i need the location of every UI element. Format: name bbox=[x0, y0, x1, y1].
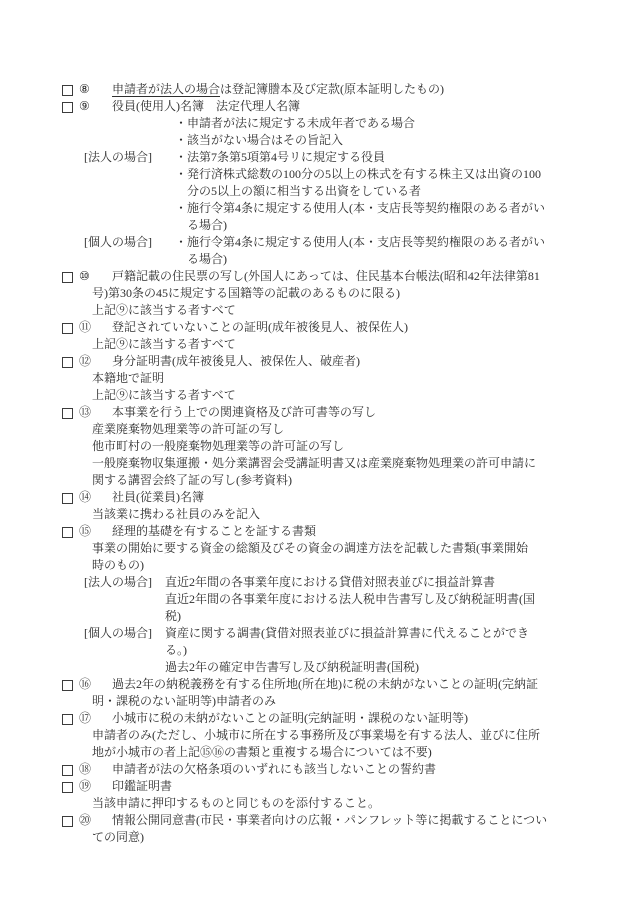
checklist-item-row: ⑬本事業を行う上での関連資格及び許可書等の写し bbox=[0, 404, 630, 421]
checklist-item-row: ⑰小城市に税の未納がないことの証明(完納証明・課税のない証明等) bbox=[0, 710, 630, 727]
checkbox[interactable] bbox=[62, 816, 73, 827]
item-number-badge: ⑫ bbox=[79, 353, 91, 370]
checkbox[interactable] bbox=[62, 85, 73, 96]
doc-line: ・発行済株式総数の100分の5以上の株式を有する株主又は出資の100 bbox=[0, 166, 630, 183]
case-bracket-label: [法人の場合] bbox=[84, 149, 152, 166]
doc-line: [個人の場合]資産に関する調書(貸借対照表並びに損益計算書に代えることができ bbox=[0, 625, 630, 642]
scanned-page: ⑧申請者が法人の場合は登記簿謄本及び定款(原本証明したもの)⑨役員(使用人)名簿… bbox=[0, 0, 630, 915]
line-text: 産業廃棄物処理業等の許可証の写し bbox=[92, 421, 284, 438]
doc-line: 当該業に携わる社員のみを記入 bbox=[0, 506, 630, 523]
line-text: ・法第7条第5項第4号リに規定する役員 bbox=[175, 149, 385, 166]
checklist-item-row: ⑯過去2年の納税義務を有する住所地(所在地)に税の未納がないことの証明(完納証 bbox=[0, 676, 630, 693]
checklist-item-row: ⑨役員(使用人)名簿 法定代理人名簿 bbox=[0, 98, 630, 115]
doc-line: 上記⑨に該当する者すべて bbox=[0, 336, 630, 353]
case-bracket-label: [法人の場合] bbox=[84, 574, 152, 591]
doc-line: 事業の開始に要する資金の総額及びその資金の調達方法を記載した書類(事業開始 bbox=[0, 540, 630, 557]
doc-line: 直近2年間の各事業年度における法人税申告書写し及び納税証明書(国 bbox=[0, 591, 630, 608]
item-number-badge: ⑳ bbox=[79, 812, 91, 829]
line-text: 経理的基礎を有することを証する書類 bbox=[112, 523, 316, 540]
doc-line: 上記⑨に該当する者すべて bbox=[0, 387, 630, 404]
line-text: 戸籍記載の住民票の写し(外国人にあっては、住民基本台帳法(昭和42年法律第81 bbox=[112, 268, 540, 285]
doc-line: 上記⑨に該当する者すべて bbox=[0, 302, 630, 319]
doc-line: ・申請者が法に規定する未成年者である場合 bbox=[0, 115, 630, 132]
line-text: 上記⑨に該当する者すべて bbox=[92, 336, 236, 353]
line-text: 他市町村の一般廃棄物処理業等の許可証の写し bbox=[92, 438, 344, 455]
checklist-item-row: ⑱申請者が法の欠格条項のいずれにも該当しないことの誓約書 bbox=[0, 761, 630, 778]
line-text: 時のもの) bbox=[92, 557, 144, 574]
line-text: 申請者が法人の場合は登記簿謄本及び定款(原本証明したもの) bbox=[112, 81, 444, 98]
checkbox[interactable] bbox=[62, 680, 73, 691]
doc-line: る場合) bbox=[0, 217, 630, 234]
doc-line: 当該申請に押印するものと同じものを添付すること。 bbox=[0, 795, 630, 812]
checkbox[interactable] bbox=[62, 323, 73, 334]
line-text: 社員(従業員)名簿 bbox=[112, 489, 204, 506]
doc-line: 申請者のみ(ただし、小城市に所在する事務所及び事業場を有する法人、並びに住所 bbox=[0, 727, 630, 744]
doc-line: 明・課税のない証明等)申請者のみ bbox=[0, 693, 630, 710]
line-text: 事業の開始に要する資金の総額及びその資金の調達方法を記載した書類(事業開始 bbox=[92, 540, 528, 557]
item-number-badge: ⑮ bbox=[79, 523, 91, 540]
checklist: ⑧申請者が法人の場合は登記簿謄本及び定款(原本証明したもの)⑨役員(使用人)名簿… bbox=[0, 81, 630, 846]
doc-line: る場合) bbox=[0, 251, 630, 268]
line-text: 当該申請に押印するものと同じものを添付すること。 bbox=[92, 795, 380, 812]
doc-line: 他市町村の一般廃棄物処理業等の許可証の写し bbox=[0, 438, 630, 455]
line-text: 関する講習会終了証の写し(参考資料) bbox=[92, 472, 292, 489]
checklist-item-row: ⑮経理的基礎を有することを証する書類 bbox=[0, 523, 630, 540]
doc-line: [法人の場合]直近2年間の各事業年度における貸借対照表並びに損益計算書 bbox=[0, 574, 630, 591]
line-text: ・発行済株式総数の100分の5以上の株式を有する株主又は出資の100 bbox=[175, 166, 541, 183]
line-text: ・申請者が法に規定する未成年者である場合 bbox=[175, 115, 415, 132]
line-text: る場合) bbox=[187, 217, 227, 234]
item-number-badge: ⑩ bbox=[79, 268, 90, 285]
doc-line: 時のもの) bbox=[0, 557, 630, 574]
item-number-badge: ⑰ bbox=[79, 710, 91, 727]
line-text: 税) bbox=[165, 608, 181, 625]
line-text: 情報公開同意書(市民・事業者向けの広報・パンフレット等に掲載することについ bbox=[112, 812, 547, 829]
doc-line: 号)第30条の45に規定する国籍等の記載のあるものに限る) bbox=[0, 285, 630, 302]
line-text: 身分証明書(成年被後見人、被保佐人、破産者) bbox=[112, 353, 360, 370]
item-number-badge: ⑲ bbox=[79, 778, 91, 795]
line-text: 役員(使用人)名簿 法定代理人名簿 bbox=[112, 98, 300, 115]
doc-line: 地が小城市の者上記⑮⑯の書類と重複する場合については不要) bbox=[0, 744, 630, 761]
doc-line: 関する講習会終了証の写し(参考資料) bbox=[0, 472, 630, 489]
line-text: 分の5以上の額に相当する出資をしている者 bbox=[187, 183, 421, 200]
checklist-item-row: ⑲印鑑証明書 bbox=[0, 778, 630, 795]
underlined-text: 申請者が法人の場合 bbox=[112, 82, 220, 96]
item-number-badge: ⑨ bbox=[79, 98, 90, 115]
line-text: 本事業を行う上での関連資格及び許可書等の写し bbox=[112, 404, 376, 421]
line-text: ・施行令第4条に規定する使用人(本・支店長等契約権限のある者がい bbox=[175, 200, 545, 217]
doc-line: 一般廃棄物収集運搬・処分業講習会受講証明書又は産業廃棄物処理業の許可申請に bbox=[0, 455, 630, 472]
item-number-badge: ⑧ bbox=[79, 81, 90, 98]
doc-line: [法人の場合]・法第7条第5項第4号リに規定する役員 bbox=[0, 149, 630, 166]
checklist-item-row: ⑩戸籍記載の住民票の写し(外国人にあっては、住民基本台帳法(昭和42年法律第81 bbox=[0, 268, 630, 285]
line-text: ての同意) bbox=[92, 829, 144, 846]
case-bracket-label: [個人の場合] bbox=[84, 625, 152, 642]
checkbox[interactable] bbox=[62, 714, 73, 725]
plain-text: は登記簿謄本及び定款(原本証明したもの) bbox=[220, 82, 444, 96]
doc-line: る。) bbox=[0, 642, 630, 659]
item-number-badge: ⑬ bbox=[79, 404, 91, 421]
line-text: 上記⑨に該当する者すべて bbox=[92, 302, 236, 319]
checklist-item-row: ⑫身分証明書(成年被後見人、被保佐人、破産者) bbox=[0, 353, 630, 370]
item-number-badge: ⑭ bbox=[79, 489, 91, 506]
doc-line: 産業廃棄物処理業等の許可証の写し bbox=[0, 421, 630, 438]
line-text: 上記⑨に該当する者すべて bbox=[92, 387, 236, 404]
doc-line: 過去2年の確定申告書写し及び納税証明書(国税) bbox=[0, 659, 630, 676]
case-bracket-label: [個人の場合] bbox=[84, 234, 152, 251]
checkbox[interactable] bbox=[62, 782, 73, 793]
line-text: 過去2年の納税義務を有する住所地(所在地)に税の未納がないことの証明(完納証 bbox=[112, 676, 538, 693]
line-text: 申請者のみ(ただし、小城市に所在する事務所及び事業場を有する法人、並びに住所 bbox=[92, 727, 540, 744]
item-number-badge: ⑪ bbox=[79, 319, 91, 336]
doc-line: 税) bbox=[0, 608, 630, 625]
doc-line: 本籍地で証明 bbox=[0, 370, 630, 387]
line-text: る。) bbox=[165, 642, 187, 659]
line-text: 小城市に税の未納がないことの証明(完納証明・課税のない証明等) bbox=[112, 710, 468, 727]
line-text: 地が小城市の者上記⑮⑯の書類と重複する場合については不要) bbox=[92, 744, 432, 761]
checklist-item-row: ⑪登記されていないことの証明(成年被後見人、被保佐人) bbox=[0, 319, 630, 336]
checkbox[interactable] bbox=[62, 272, 73, 283]
item-number-badge: ⑱ bbox=[79, 761, 91, 778]
checklist-item-row: ⑧申請者が法人の場合は登記簿謄本及び定款(原本証明したもの) bbox=[0, 81, 630, 98]
line-text: 当該業に携わる社員のみを記入 bbox=[92, 506, 260, 523]
line-text: 過去2年の確定申告書写し及び納税証明書(国税) bbox=[165, 659, 419, 676]
line-text: ・該当がない場合はその旨記入 bbox=[175, 132, 343, 149]
line-text: 資産に関する調書(貸借対照表並びに損益計算書に代えることができ bbox=[165, 625, 529, 642]
line-text: 本籍地で証明 bbox=[92, 370, 164, 387]
checkbox[interactable] bbox=[62, 765, 73, 776]
doc-line: ・該当がない場合はその旨記入 bbox=[0, 132, 630, 149]
item-number-badge: ⑯ bbox=[79, 676, 91, 693]
line-text: 直近2年間の各事業年度における貸借対照表並びに損益計算書 bbox=[165, 574, 495, 591]
doc-line: 分の5以上の額に相当する出資をしている者 bbox=[0, 183, 630, 200]
line-text: 一般廃棄物収集運搬・処分業講習会受講証明書又は産業廃棄物処理業の許可申請に bbox=[92, 455, 536, 472]
line-text: 印鑑証明書 bbox=[112, 778, 172, 795]
line-text: 直近2年間の各事業年度における法人税申告書写し及び納税証明書(国 bbox=[165, 591, 535, 608]
line-text: 登記されていないことの証明(成年被後見人、被保佐人) bbox=[112, 319, 408, 336]
checklist-item-row: ⑳情報公開同意書(市民・事業者向けの広報・パンフレット等に掲載することについ bbox=[0, 812, 630, 829]
checkbox[interactable] bbox=[62, 493, 73, 504]
line-text: 明・課税のない証明等)申請者のみ bbox=[92, 693, 276, 710]
line-text: る場合) bbox=[187, 251, 227, 268]
line-text: 号)第30条の45に規定する国籍等の記載のあるものに限る) bbox=[92, 285, 400, 302]
doc-line: ・施行令第4条に規定する使用人(本・支店長等契約権限のある者がい bbox=[0, 200, 630, 217]
checkbox[interactable] bbox=[62, 102, 73, 113]
line-text: 申請者が法の欠格条項のいずれにも該当しないことの誓約書 bbox=[112, 761, 436, 778]
checkbox[interactable] bbox=[62, 357, 73, 368]
doc-line: ての同意) bbox=[0, 829, 630, 846]
line-text: ・施行令第4条に規定する使用人(本・支店長等契約権限のある者がい bbox=[175, 234, 545, 251]
doc-line: [個人の場合]・施行令第4条に規定する使用人(本・支店長等契約権限のある者がい bbox=[0, 234, 630, 251]
checkbox[interactable] bbox=[62, 527, 73, 538]
checklist-item-row: ⑭社員(従業員)名簿 bbox=[0, 489, 630, 506]
checkbox[interactable] bbox=[62, 408, 73, 419]
